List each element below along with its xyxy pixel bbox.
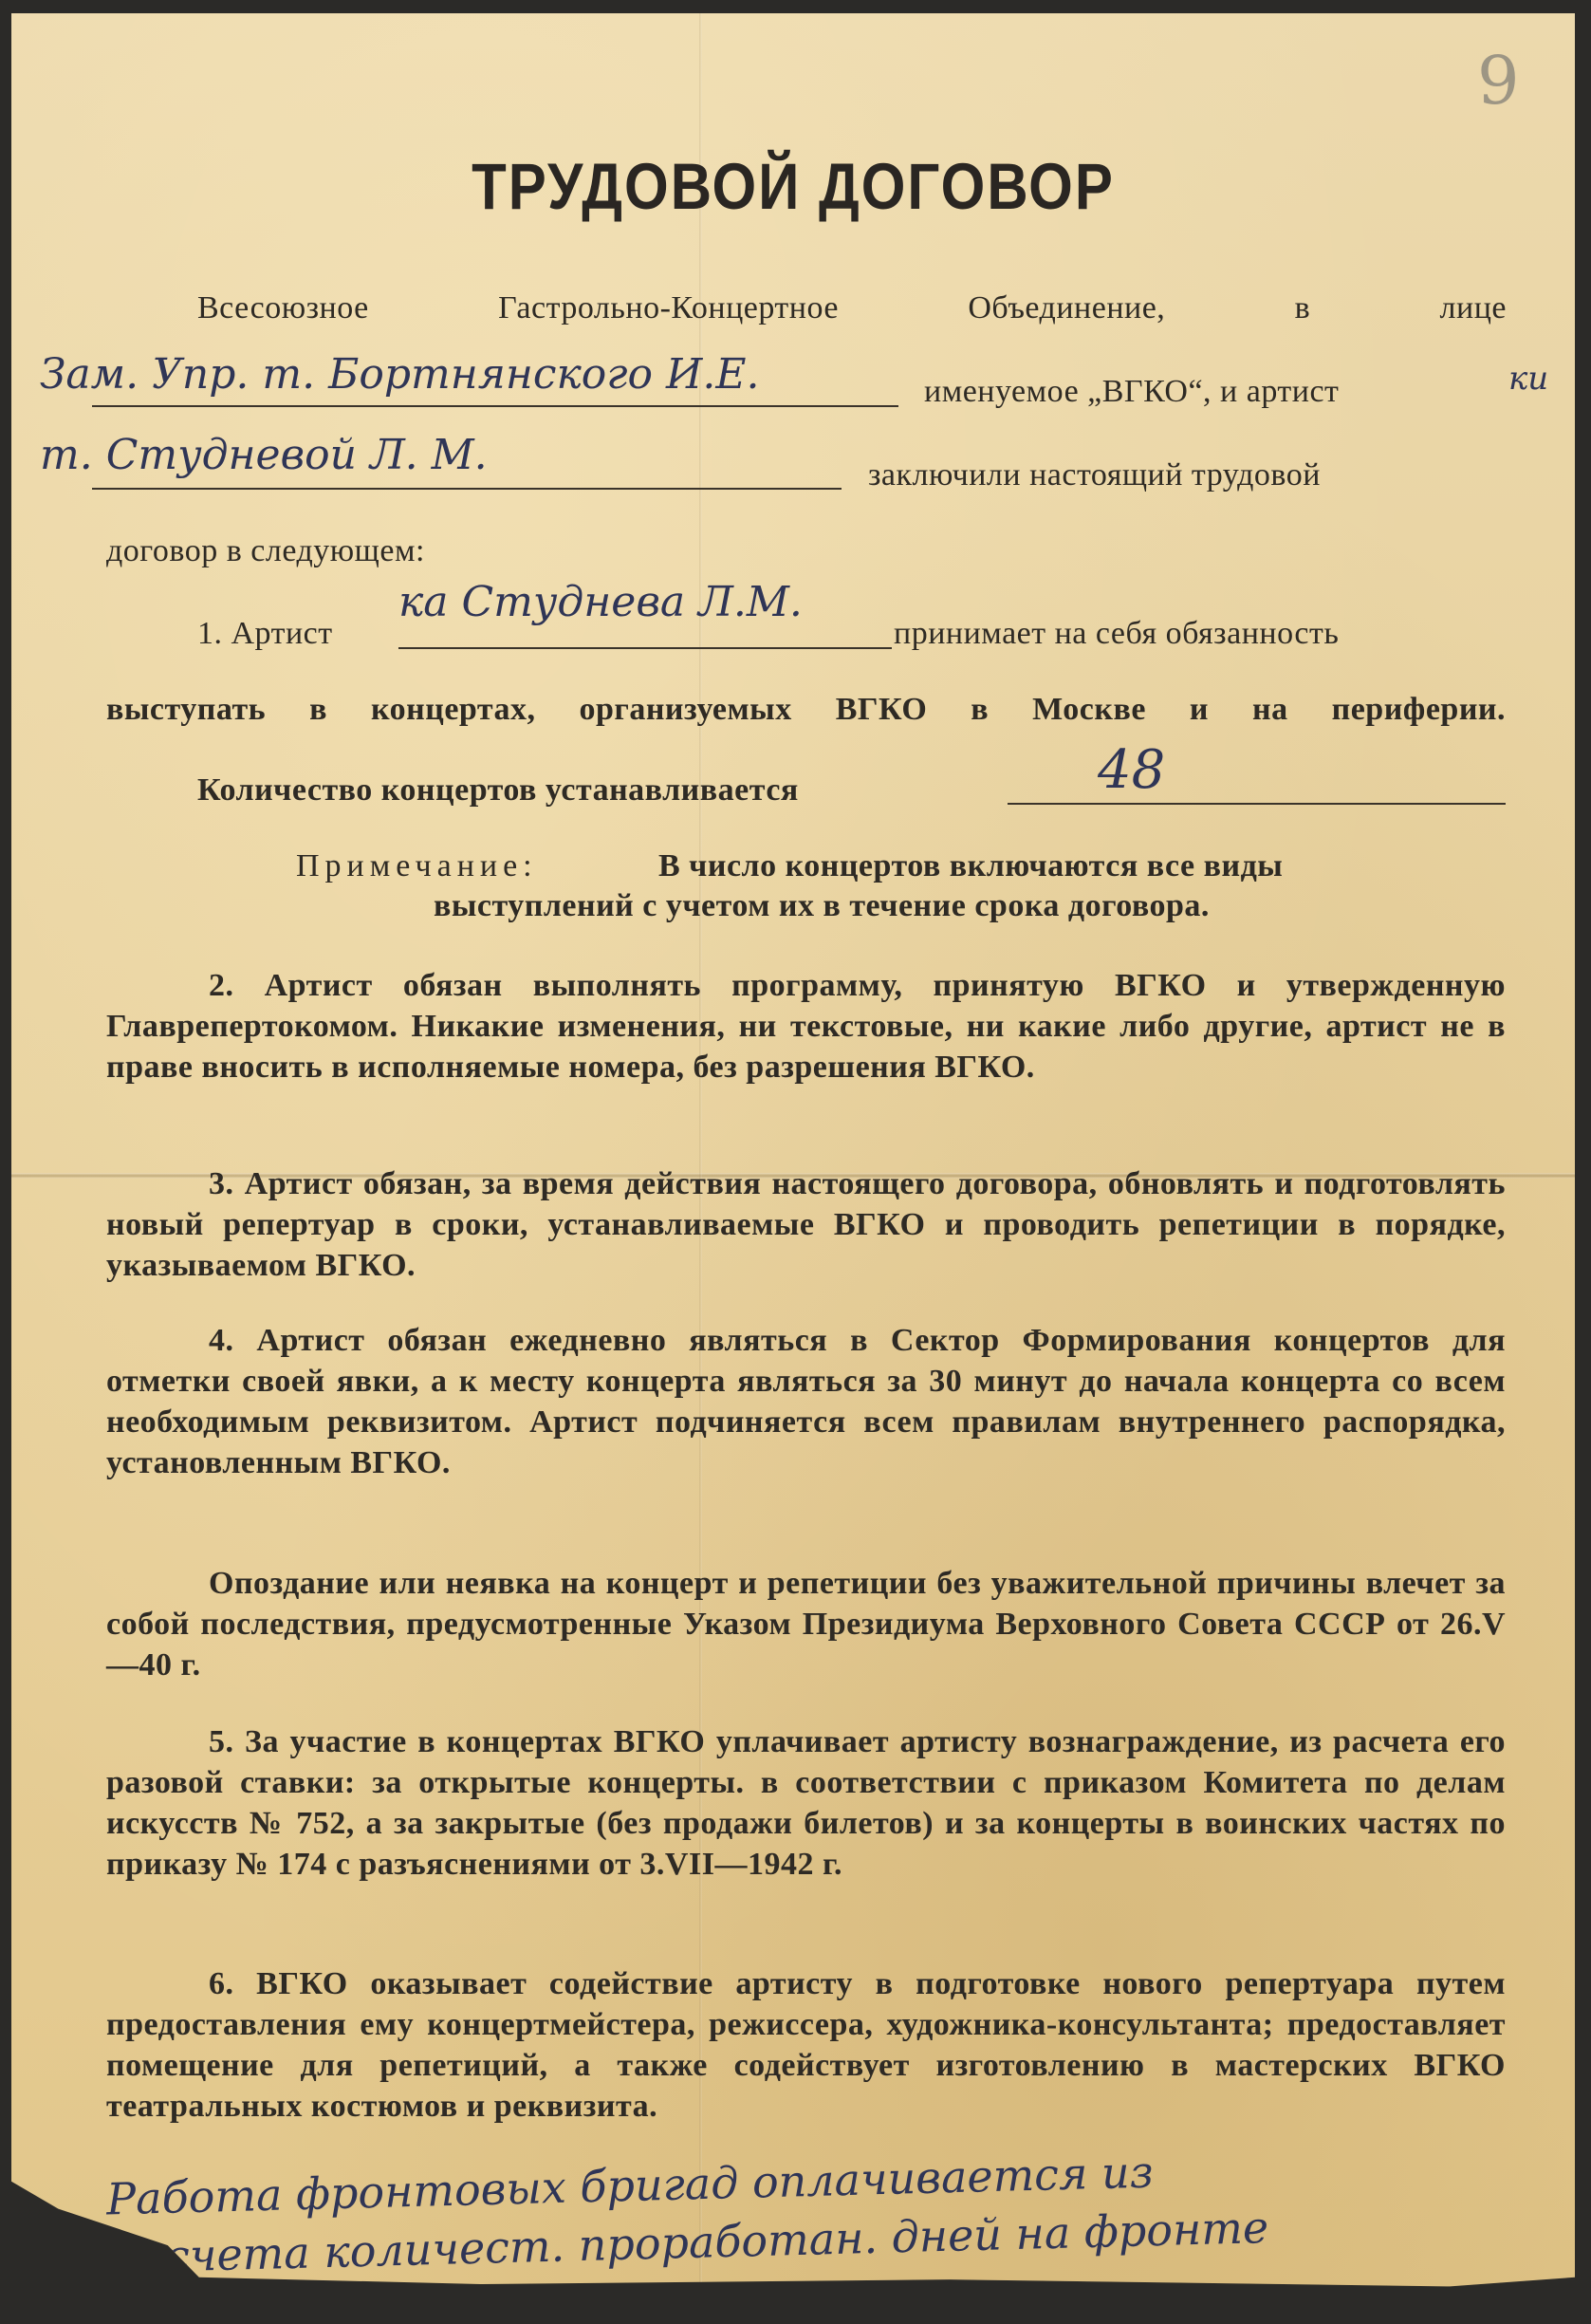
intro-line-2: именуемое „ВГКО“, и артист [924, 374, 1339, 410]
clause-3: 3. Артист обязан, за время действия наст… [106, 1163, 1506, 1286]
concert-count-underline [1008, 803, 1506, 805]
artist-suffix-handwritten: ки [1508, 360, 1548, 398]
artist-name-handwritten: т. Студневой Л. М. [40, 431, 488, 479]
clause-5: 5. За участие в концертах ВГКО уплачивае… [106, 1721, 1506, 1885]
intro-line-3: заключили настоящий трудовой [868, 457, 1321, 493]
clause1-artist-underline [398, 647, 892, 649]
clause1-prefix: 1. Артист [197, 616, 333, 652]
note-line-2: выступлений с учетом их в течение срока … [434, 888, 1210, 924]
representative-underline [92, 405, 898, 407]
note-label: Примечание: [296, 848, 538, 884]
clause1-line-2: выступать в концертах, организуемых ВГКО… [106, 692, 1506, 728]
representative-handwritten: Зам. Упр. т. Бортнянского И.Е. [40, 350, 759, 399]
intro-line-1: Всесоюзное Гастрольно-Концертное Объедин… [197, 290, 1507, 326]
clause-6: 6. ВГКО оказывает содействие артисту в п… [106, 1963, 1506, 2127]
concert-count-value: 48 [1098, 739, 1165, 801]
artist-name-underline [92, 488, 842, 490]
intro-line-4: договор в следующем: [106, 533, 425, 569]
concert-count-label: Количество концертов устанавливается [197, 772, 799, 809]
clause1-suffix: принимает на себя обязанность [894, 616, 1339, 652]
contract-page: 9 ТРУДОВОЙ ДОГОВОР Всесоюзное Гастрольно… [11, 13, 1575, 2296]
note-line-1: В число концертов включаются все виды [658, 848, 1283, 884]
clause-4-note: Опоздание или неявка на концерт и репети… [106, 1563, 1506, 1685]
archive-page-number: 9 [1477, 42, 1520, 120]
document-title: ТРУДОВОЙ ДОГОВОР [11, 149, 1575, 224]
clause-2: 2. Артист обязан выполнять программу, пр… [106, 965, 1506, 1088]
clause-4: 4. Артист обязан ежедневно являться в Се… [106, 1320, 1506, 1483]
clause1-artist-handwritten: ка Студнева Л.М. [398, 578, 803, 626]
